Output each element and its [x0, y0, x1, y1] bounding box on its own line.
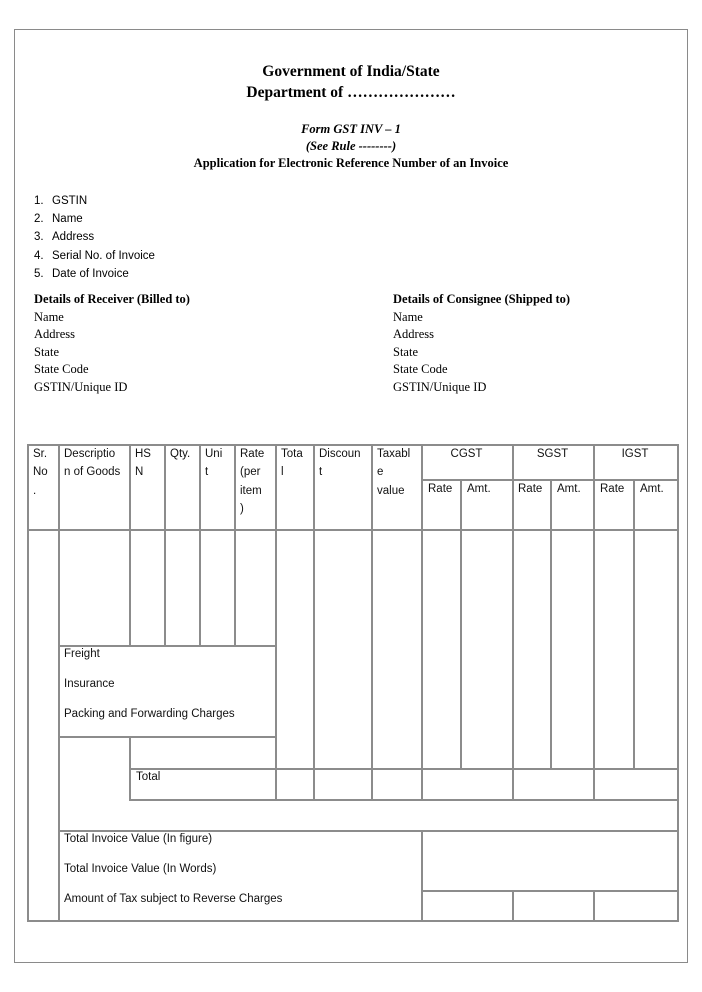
consignee-name: Name [393, 309, 570, 327]
table-rule [199, 444, 201, 531]
table-rule [512, 444, 514, 531]
receiver-name: Name [34, 309, 190, 327]
table-rule [421, 529, 423, 801]
receiver-address: Address [34, 326, 190, 344]
table-rule [421, 890, 679, 892]
table-rule [313, 444, 315, 531]
col-taxable-value: Taxabl e value [377, 445, 410, 500]
col-sgst: SGST [512, 445, 593, 463]
consignee-heading: Details of Consignee (Shipped to) [393, 291, 570, 309]
table-rule [275, 444, 277, 531]
rule-reference: (See Rule --------) [0, 139, 702, 154]
table-rule [512, 890, 514, 922]
table-rule [27, 444, 29, 922]
table-rule [593, 529, 595, 801]
table-rule [371, 529, 373, 801]
government-title: Government of India/State [0, 63, 702, 81]
col-cgst-rate: Rate [428, 480, 452, 498]
table-rule [129, 529, 131, 647]
consignee-gstin: GSTIN/Unique ID [393, 379, 570, 397]
receiver-state-code: State Code [34, 361, 190, 379]
total-invoice-value-figure: Total Invoice Value (In figure) [64, 830, 212, 848]
col-sr-no: Sr. No . [33, 445, 48, 500]
col-sgst-rate: Rate [518, 480, 542, 498]
receiver-gstin: GSTIN/Unique ID [34, 379, 190, 397]
table-rule [27, 529, 679, 531]
field-date: 5.Date of Invoice [34, 265, 155, 283]
col-igst: IGST [593, 445, 677, 463]
col-cgst-amt: Amt. [467, 480, 491, 498]
table-rule [164, 529, 166, 647]
col-unit: Uni t [205, 445, 222, 482]
table-rule [313, 529, 315, 801]
consignee-details: Details of Consignee (Shipped to) Name A… [393, 291, 570, 396]
table-rule [129, 799, 679, 801]
charge-freight: Freight [64, 645, 100, 663]
table-rule [677, 444, 679, 922]
table-rule [129, 768, 679, 770]
col-cgst: CGST [421, 445, 512, 463]
table-rule [593, 444, 595, 531]
charge-insurance: Insurance [64, 675, 115, 693]
table-rule [550, 529, 552, 770]
charge-packing-forwarding: Packing and Forwarding Charges [64, 705, 235, 723]
field-address: 3.Address [34, 228, 155, 246]
receiver-details: Details of Receiver (Billed to) Name Add… [34, 291, 190, 396]
col-sgst-amt: Amt. [557, 480, 581, 498]
reverse-charge-tax: Amount of Tax subject to Reverse Charges [64, 890, 282, 908]
table-rule [164, 444, 166, 531]
col-rate: Rate (per item ) [240, 445, 264, 518]
field-gstin: 1.GSTIN [34, 192, 155, 210]
table-rule [421, 830, 423, 922]
field-serial-no: 4.Serial No. of Invoice [34, 247, 155, 265]
table-rule [199, 529, 201, 647]
table-rule [371, 444, 373, 531]
table-rule [234, 444, 236, 531]
col-discount: Discoun t [319, 445, 361, 482]
table-rule [633, 529, 635, 770]
receiver-heading: Details of Receiver (Billed to) [34, 291, 190, 309]
table-rule [421, 444, 423, 531]
table-rule [234, 529, 236, 647]
col-igst-amt: Amt. [640, 480, 664, 498]
table-rule [633, 479, 635, 531]
table-rule [58, 736, 277, 738]
table-rule [27, 920, 679, 922]
receiver-state: State [34, 344, 190, 362]
form-name: Form GST INV – 1 [0, 122, 702, 137]
table-rule [460, 529, 462, 770]
col-total: Tota l [281, 445, 303, 482]
table-rule [593, 890, 595, 922]
table-rule [460, 479, 462, 531]
table-rule [27, 444, 679, 446]
department-title: Department of ………………… [0, 84, 702, 102]
table-rule [550, 479, 552, 531]
table-rule [58, 830, 679, 832]
table-rule [275, 529, 277, 801]
table-rule [58, 529, 60, 922]
field-name: 2.Name [34, 210, 155, 228]
invoice-fields-list: 1.GSTIN 2.Name 3.Address 4.Serial No. of… [34, 192, 155, 283]
table-rule [58, 645, 277, 647]
table-rule [129, 444, 131, 531]
consignee-address: Address [393, 326, 570, 344]
table-rule [512, 529, 514, 801]
total-label: Total [136, 768, 160, 786]
col-igst-rate: Rate [600, 480, 624, 498]
col-description: Descriptio n of Goods [64, 445, 120, 482]
table-rule [58, 444, 60, 531]
consignee-state: State [393, 344, 570, 362]
form-subtitle: Application for Electronic Reference Num… [0, 156, 702, 171]
col-qty: Qty. [170, 445, 190, 463]
consignee-state-code: State Code [393, 361, 570, 379]
total-invoice-value-words: Total Invoice Value (In Words) [64, 860, 216, 878]
col-hsn: HS N [135, 445, 151, 482]
